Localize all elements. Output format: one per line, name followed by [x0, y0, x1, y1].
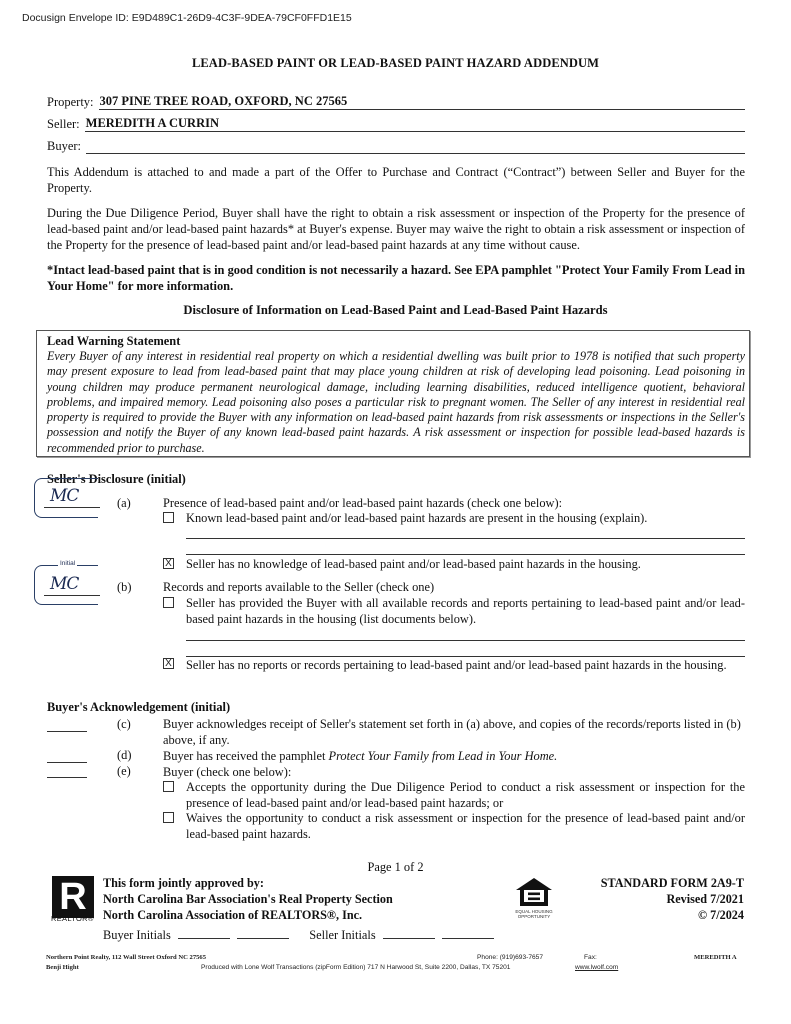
realtor-wordmark: REALTOR®	[51, 914, 94, 923]
docusign-envelope-id: Docusign Envelope ID: E9D489C1-26D9-4C3F…	[22, 12, 352, 24]
records-provided-option-text: Seller has provided the Buyer with all a…	[186, 595, 745, 627]
property-label: Property:	[47, 95, 94, 110]
item-b-letter: (b)	[117, 580, 131, 595]
no-records-checkbox[interactable]: X	[163, 658, 174, 669]
property-value[interactable]: 307 PINE TREE ROAD, OXFORD, NC 27565	[99, 94, 745, 110]
item-a-letter: (a)	[117, 496, 131, 511]
page-number: Page 1 of 2	[0, 860, 791, 875]
brokerage-info: Northern Point Realty, 112 Wall Street O…	[46, 954, 206, 961]
accepts-opportunity-checkbox[interactable]	[163, 781, 174, 792]
records-provided-checkbox[interactable]	[163, 597, 174, 608]
equal-housing-text: EQUAL HOUSING OPPORTUNITY	[514, 909, 554, 919]
intro-paragraph: This Addendum is attached to and made a …	[47, 164, 745, 196]
seller-initial-signature-a: MC	[50, 486, 78, 506]
item-d-letter: (d)	[117, 748, 131, 763]
no-records-option-text: Seller has no reports or records pertain…	[186, 657, 745, 673]
approved-line-3: North Carolina Association of REALTORS®,…	[103, 907, 393, 923]
buyer-initials-blank-2[interactable]	[237, 928, 289, 939]
lead-warning-title: Lead Warning Statement	[47, 334, 180, 349]
waives-opportunity-checkbox[interactable]	[163, 812, 174, 823]
pamphlet-title: Protect Your Family from Lead in Your Ho…	[329, 749, 558, 763]
buyer-initial-e[interactable]	[47, 777, 87, 778]
item-c-letter: (c)	[117, 717, 131, 732]
item-e-letter: (e)	[117, 764, 131, 779]
buyer-field: Buyer:	[47, 138, 745, 154]
seller-initials-blank-1[interactable]	[383, 928, 435, 939]
item-c-text: Buyer acknowledges receipt of Seller's s…	[163, 716, 745, 748]
disclosure-heading: Disclosure of Information on Lead-Based …	[0, 303, 791, 318]
item-a-text: Presence of lead-based paint and/or lead…	[163, 495, 562, 511]
fax-label: Fax:	[584, 954, 597, 961]
buyer-initials-label: Buyer Initials	[103, 928, 171, 942]
realtor-logo-icon: R	[52, 876, 94, 918]
phone-number: Phone: (919)693-7657	[477, 954, 543, 961]
explain-line-1[interactable]	[186, 538, 745, 539]
item-d-text-prefix: Buyer has received the pamphlet	[163, 749, 329, 763]
property-field: Property: 307 PINE TREE ROAD, OXFORD, NC…	[47, 94, 745, 110]
seller-field: Seller: MEREDITH A CURRIN	[47, 116, 745, 132]
item-d-text: Buyer has received the pamphlet Protect …	[163, 748, 557, 764]
accepts-opportunity-text: Accepts the opportunity during the Due D…	[186, 779, 745, 811]
item-b-text: Records and reports available to the Sel…	[163, 579, 434, 595]
buyer-initial-c[interactable]	[47, 731, 87, 732]
buyer-initial-d[interactable]	[47, 762, 87, 763]
standard-form-block: STANDARD FORM 2A9-T Revised 7/2021 © 7/2…	[560, 875, 744, 923]
buyer-label: Buyer:	[47, 139, 81, 154]
footnote-paragraph: *Intact lead-based paint that is in good…	[47, 262, 745, 294]
initial-line-b	[44, 595, 100, 596]
eho-line-2: OPPORTUNITY	[514, 914, 554, 919]
approved-by-block: This form jointly approved by: North Car…	[103, 875, 393, 923]
documents-line-1[interactable]	[186, 640, 745, 641]
due-diligence-paragraph: During the Due Diligence Period, Buyer s…	[47, 205, 745, 253]
no-knowledge-checkbox[interactable]: X	[163, 558, 174, 569]
item-e-text: Buyer (check one below):	[163, 764, 291, 780]
buyer-initials-blank-1[interactable]	[178, 928, 230, 939]
waives-opportunity-text: Waives the opportunity to conduct a risk…	[186, 810, 745, 842]
client-name: MEREDITH A	[694, 954, 737, 961]
footer-initials-row: Buyer Initials Seller Initials	[103, 928, 494, 943]
equal-housing-icon	[514, 877, 554, 911]
produced-by-line: Produced with Lone Wolf Transactions (zi…	[201, 964, 510, 971]
lwolf-website-link[interactable]: www.lwolf.com	[575, 964, 618, 971]
initial-line-a	[44, 507, 100, 508]
realtor-r-glyph: R	[52, 876, 94, 918]
seller-initials-label: Seller Initials	[309, 928, 375, 942]
form-revised: Revised 7/2021	[560, 891, 744, 907]
form-copyright: © 7/2024	[560, 907, 744, 923]
initial-tag-label: Initial	[58, 560, 77, 567]
page-number-text: Page 1 of 2	[367, 860, 423, 874]
approved-line-2: North Carolina Bar Association's Real Pr…	[103, 891, 393, 907]
explain-line-2[interactable]	[186, 554, 745, 555]
approved-line-1: This form jointly approved by:	[103, 875, 393, 891]
document-title: LEAD-BASED PAINT OR LEAD-BASED PAINT HAZ…	[0, 56, 791, 71]
known-lead-checkbox[interactable]	[163, 512, 174, 523]
agent-name: Benji Hight	[46, 964, 79, 971]
seller-label: Seller:	[47, 117, 80, 132]
lead-warning-text: Every Buyer of any interest in residenti…	[47, 349, 745, 456]
known-lead-option-text: Known lead-based paint and/or lead-based…	[186, 510, 745, 526]
seller-initials-blank-2[interactable]	[442, 928, 494, 939]
form-number: STANDARD FORM 2A9-T	[560, 875, 744, 891]
seller-initial-signature-b: MC	[50, 574, 78, 594]
buyer-ack-heading: Buyer's Acknowledgement (initial)	[47, 700, 230, 715]
seller-value[interactable]: MEREDITH A CURRIN	[85, 116, 745, 132]
buyer-value[interactable]	[86, 138, 745, 154]
no-knowledge-option-text: Seller has no knowledge of lead-based pa…	[186, 556, 745, 572]
